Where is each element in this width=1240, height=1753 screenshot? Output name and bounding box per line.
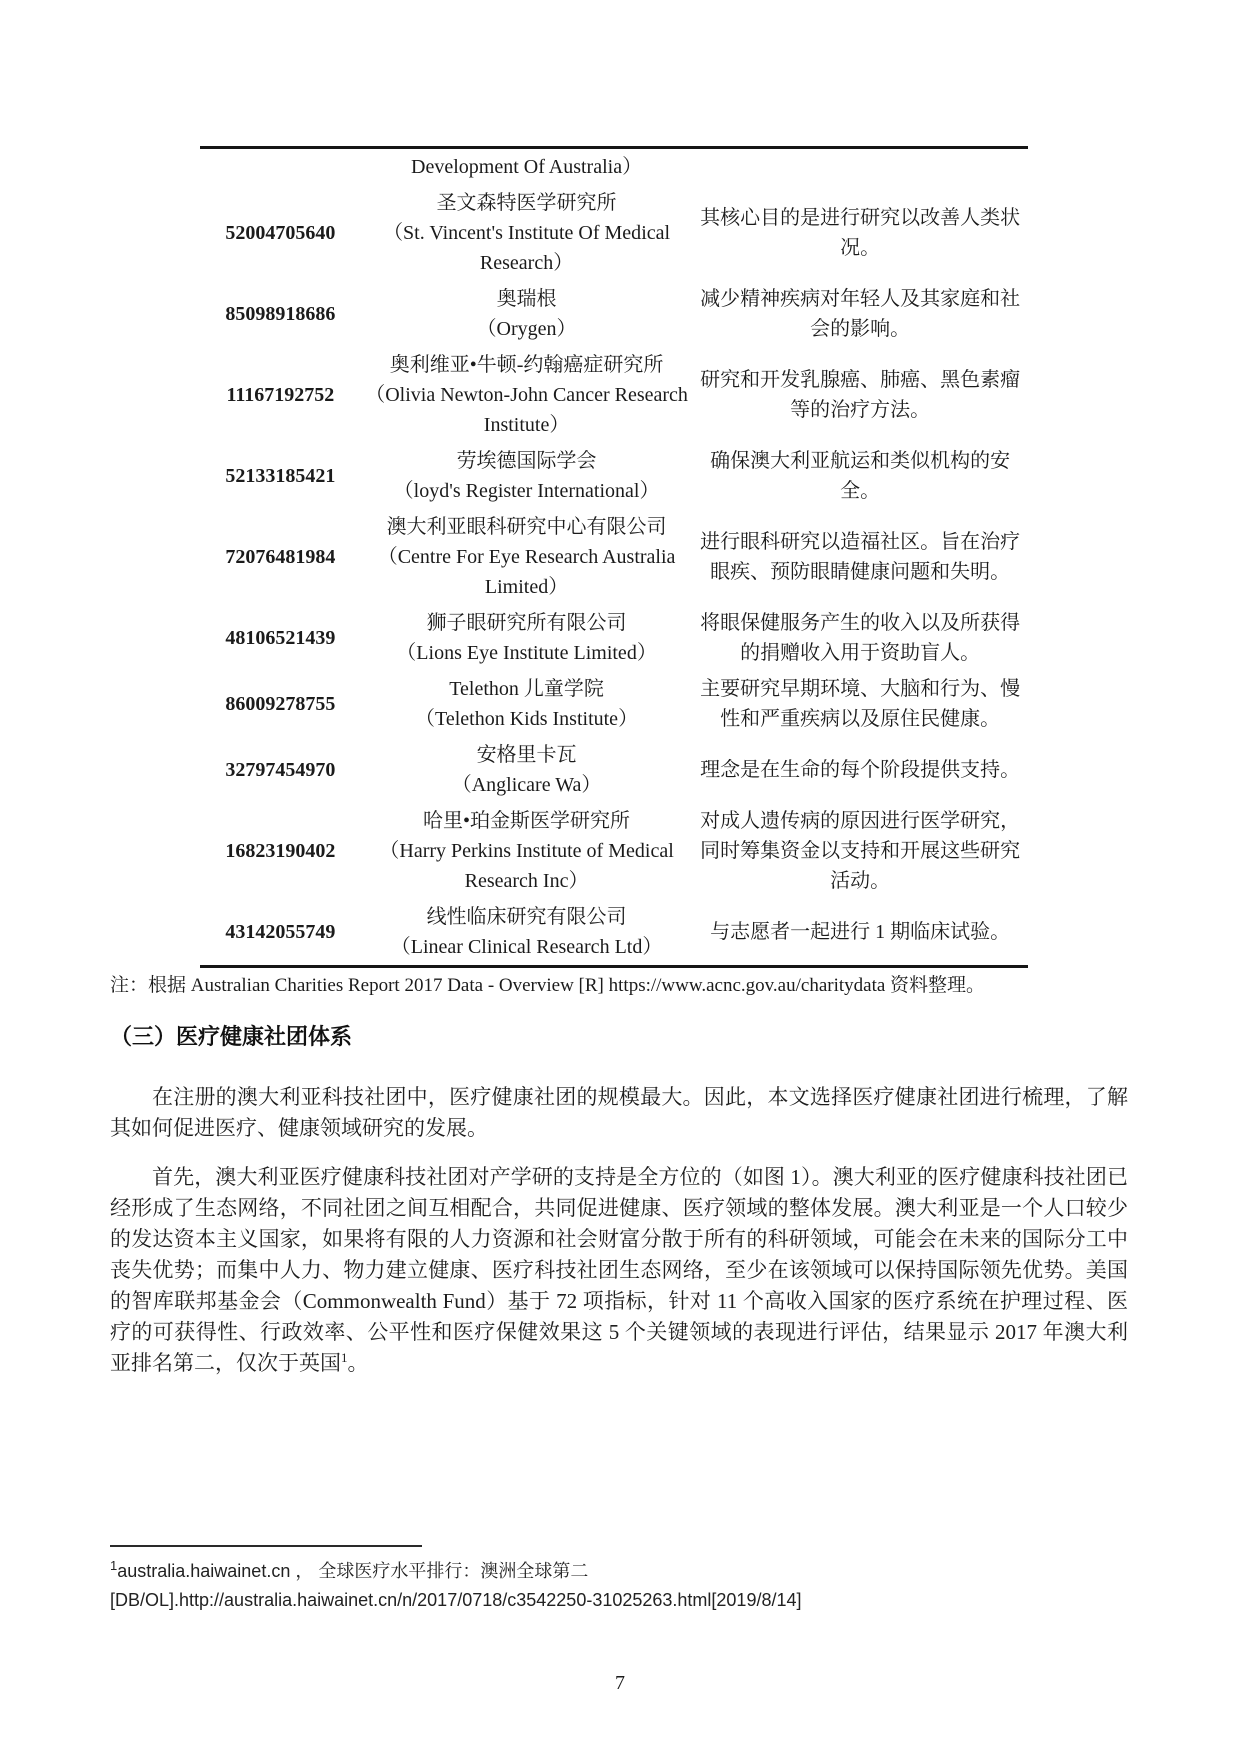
name-cell: 哈里•珀金斯医学研究所 （Harry Perkins Institute of … (361, 803, 693, 899)
abn-cell: 32797454970 (200, 737, 361, 803)
charity-table-wrap: Development Of Australia） 52004705640 圣文… (200, 146, 1028, 968)
table-row: 16823190402 哈里•珀金斯医学研究所 （Harry Perkins I… (200, 803, 1028, 899)
org-name-zh: Telethon 儿童学院 (363, 674, 691, 704)
paragraph-2-text: 首先，澳大利亚医疗健康科技社团对产学研的支持是全方位的（如图 1）。澳大利亚的医… (110, 1165, 1128, 1375)
org-name-en: （St. Vincent's Institute Of Medical Rese… (363, 218, 691, 278)
abn-cell: 48106521439 (200, 605, 361, 671)
desc-cell: 减少精神疾病对年轻人及其家庭和社会的影响。 (692, 281, 1028, 347)
table-source-note: 注：根据 Australian Charities Report 2017 Da… (110, 972, 1140, 1000)
org-name-en: （Linear Clinical Research Ltd） (363, 932, 691, 962)
table-row: 72076481984 澳大利亚眼科研究中心有限公司 （Centre For E… (200, 509, 1028, 605)
table-row: 52133185421 劳埃德国际学会 （loyd's Register Int… (200, 443, 1028, 509)
name-cell: 线性临床研究有限公司 （Linear Clinical Research Ltd… (361, 899, 693, 967)
desc-cell: 其核心目的是进行研究以改善人类状况。 (692, 185, 1028, 281)
desc-cell: 对成人遗传病的原因进行医学研究，同时筹集资金以支持和开展这些研究活动。 (692, 803, 1028, 899)
name-cell: 安格里卡瓦 （Anglicare Wa） (361, 737, 693, 803)
abn-cell (200, 148, 361, 186)
abn-cell: 16823190402 (200, 803, 361, 899)
table-row: 32797454970 安格里卡瓦 （Anglicare Wa） 理念是在生命的… (200, 737, 1028, 803)
section-heading: （三）医疗健康社团体系 (110, 1022, 1130, 1052)
table-row: 86009278755 Telethon 儿童学院 （Telethon Kids… (200, 671, 1028, 737)
org-name-en: （Lions Eye Institute Limited） (363, 638, 691, 668)
org-name-en: （Anglicare Wa） (363, 770, 691, 800)
name-cell: 奥瑞根 （Orygen） (361, 281, 693, 347)
org-name-en: （Olivia Newton-John Cancer Research Inst… (363, 380, 691, 440)
page-number: 7 (0, 1672, 1240, 1695)
desc-cell: 主要研究早期环境、大脑和行为、慢性和严重疾病以及原住民健康。 (692, 671, 1028, 737)
charity-table-body: Development Of Australia） 52004705640 圣文… (200, 148, 1028, 967)
desc-cell: 进行眼科研究以造福社区。旨在治疗眼疾、预防眼睛健康问题和失明。 (692, 509, 1028, 605)
footnote-line-1: 1australia.haiwainet.cn ， 全球医疗水平排行：澳洲全球第… (110, 1557, 1110, 1586)
name-cell: 澳大利亚眼科研究中心有限公司 （Centre For Eye Research … (361, 509, 693, 605)
org-name-zh: 奥利维亚•牛顿-约翰癌症研究所 (363, 350, 691, 380)
charity-table: Development Of Australia） 52004705640 圣文… (200, 146, 1028, 968)
org-name-zh: 线性临床研究有限公司 (363, 902, 691, 932)
abn-cell: 52133185421 (200, 443, 361, 509)
table-row-continuation: Development Of Australia） (200, 148, 1028, 186)
desc-cell: 与志愿者一起进行 1 期临床试验。 (692, 899, 1028, 967)
org-name-en: （Centre For Eye Research Australia Limit… (363, 542, 691, 602)
desc-cell: 确保澳大利亚航运和类似机构的安全。 (692, 443, 1028, 509)
abn-cell: 86009278755 (200, 671, 361, 737)
desc-cell: 将眼保健服务产生的收入以及所获得的捐赠收入用于资助盲人。 (692, 605, 1028, 671)
name-cell: 圣文森特医学研究所 （St. Vincent's Institute Of Me… (361, 185, 693, 281)
name-cell: 劳埃德国际学会 （loyd's Register International） (361, 443, 693, 509)
org-name-zh: 安格里卡瓦 (363, 740, 691, 770)
org-name-zh: 奥瑞根 (363, 284, 691, 314)
abn-cell: 72076481984 (200, 509, 361, 605)
name-cell: 奥利维亚•牛顿-约翰癌症研究所 （Olivia Newton-John Canc… (361, 347, 693, 443)
name-cell: Development Of Australia） (361, 148, 693, 186)
footnote-block: 1australia.haiwainet.cn ， 全球医疗水平排行：澳洲全球第… (110, 1545, 1110, 1615)
paragraph-1: 在注册的澳大利亚科技社团中，医疗健康社团的规模最大。因此，本文选择医疗健康社团进… (110, 1082, 1128, 1144)
name-cell: 狮子眼研究所有限公司 （Lions Eye Institute Limited） (361, 605, 693, 671)
name-cell: Telethon 儿童学院 （Telethon Kids Institute） (361, 671, 693, 737)
abn-cell: 43142055749 (200, 899, 361, 967)
abn-cell: 52004705640 (200, 185, 361, 281)
table-row: 43142055749 线性临床研究有限公司 （Linear Clinical … (200, 899, 1028, 967)
abn-cell: 85098918686 (200, 281, 361, 347)
desc-cell (692, 148, 1028, 186)
org-name-en: （loyd's Register International） (363, 476, 691, 506)
abn-cell: 11167192752 (200, 347, 361, 443)
document-page: Development Of Australia） 52004705640 圣文… (0, 0, 1240, 1753)
table-row: 85098918686 奥瑞根 （Orygen） 减少精神疾病对年轻人及其家庭和… (200, 281, 1028, 347)
desc-cell: 研究和开发乳腺癌、肺癌、黑色素瘤等的治疗方法。 (692, 347, 1028, 443)
table-row: 52004705640 圣文森特医学研究所 （St. Vincent's Ins… (200, 185, 1028, 281)
org-name-zh: 澳大利亚眼科研究中心有限公司 (363, 512, 691, 542)
desc-cell: 理念是在生命的每个阶段提供支持。 (692, 737, 1028, 803)
org-name-zh: 圣文森特医学研究所 (363, 188, 691, 218)
org-name-en: （Harry Perkins Institute of Medical Rese… (363, 836, 691, 896)
table-row: 11167192752 奥利维亚•牛顿-约翰癌症研究所 （Olivia Newt… (200, 347, 1028, 443)
org-name-en: Development Of Australia） (363, 152, 691, 182)
org-name-zh: 狮子眼研究所有限公司 (363, 608, 691, 638)
org-name-zh: 劳埃德国际学会 (363, 446, 691, 476)
paragraph-2-period: 。 (348, 1351, 369, 1375)
footnote-line-1-text: australia.haiwainet.cn ， 全球医疗水平排行：澳洲全球第二 (117, 1561, 588, 1581)
org-name-en: （Orygen） (363, 314, 691, 344)
table-row: 48106521439 狮子眼研究所有限公司 （Lions Eye Instit… (200, 605, 1028, 671)
org-name-en: （Telethon Kids Institute） (363, 704, 691, 734)
org-name-zh: 哈里•珀金斯医学研究所 (363, 806, 691, 836)
footnote-line-2: [DB/OL].http://australia.haiwainet.cn/n/… (110, 1586, 1110, 1615)
footnote-divider (110, 1545, 422, 1547)
paragraph-2: 首先，澳大利亚医疗健康科技社团对产学研的支持是全方位的（如图 1）。澳大利亚的医… (110, 1162, 1128, 1379)
